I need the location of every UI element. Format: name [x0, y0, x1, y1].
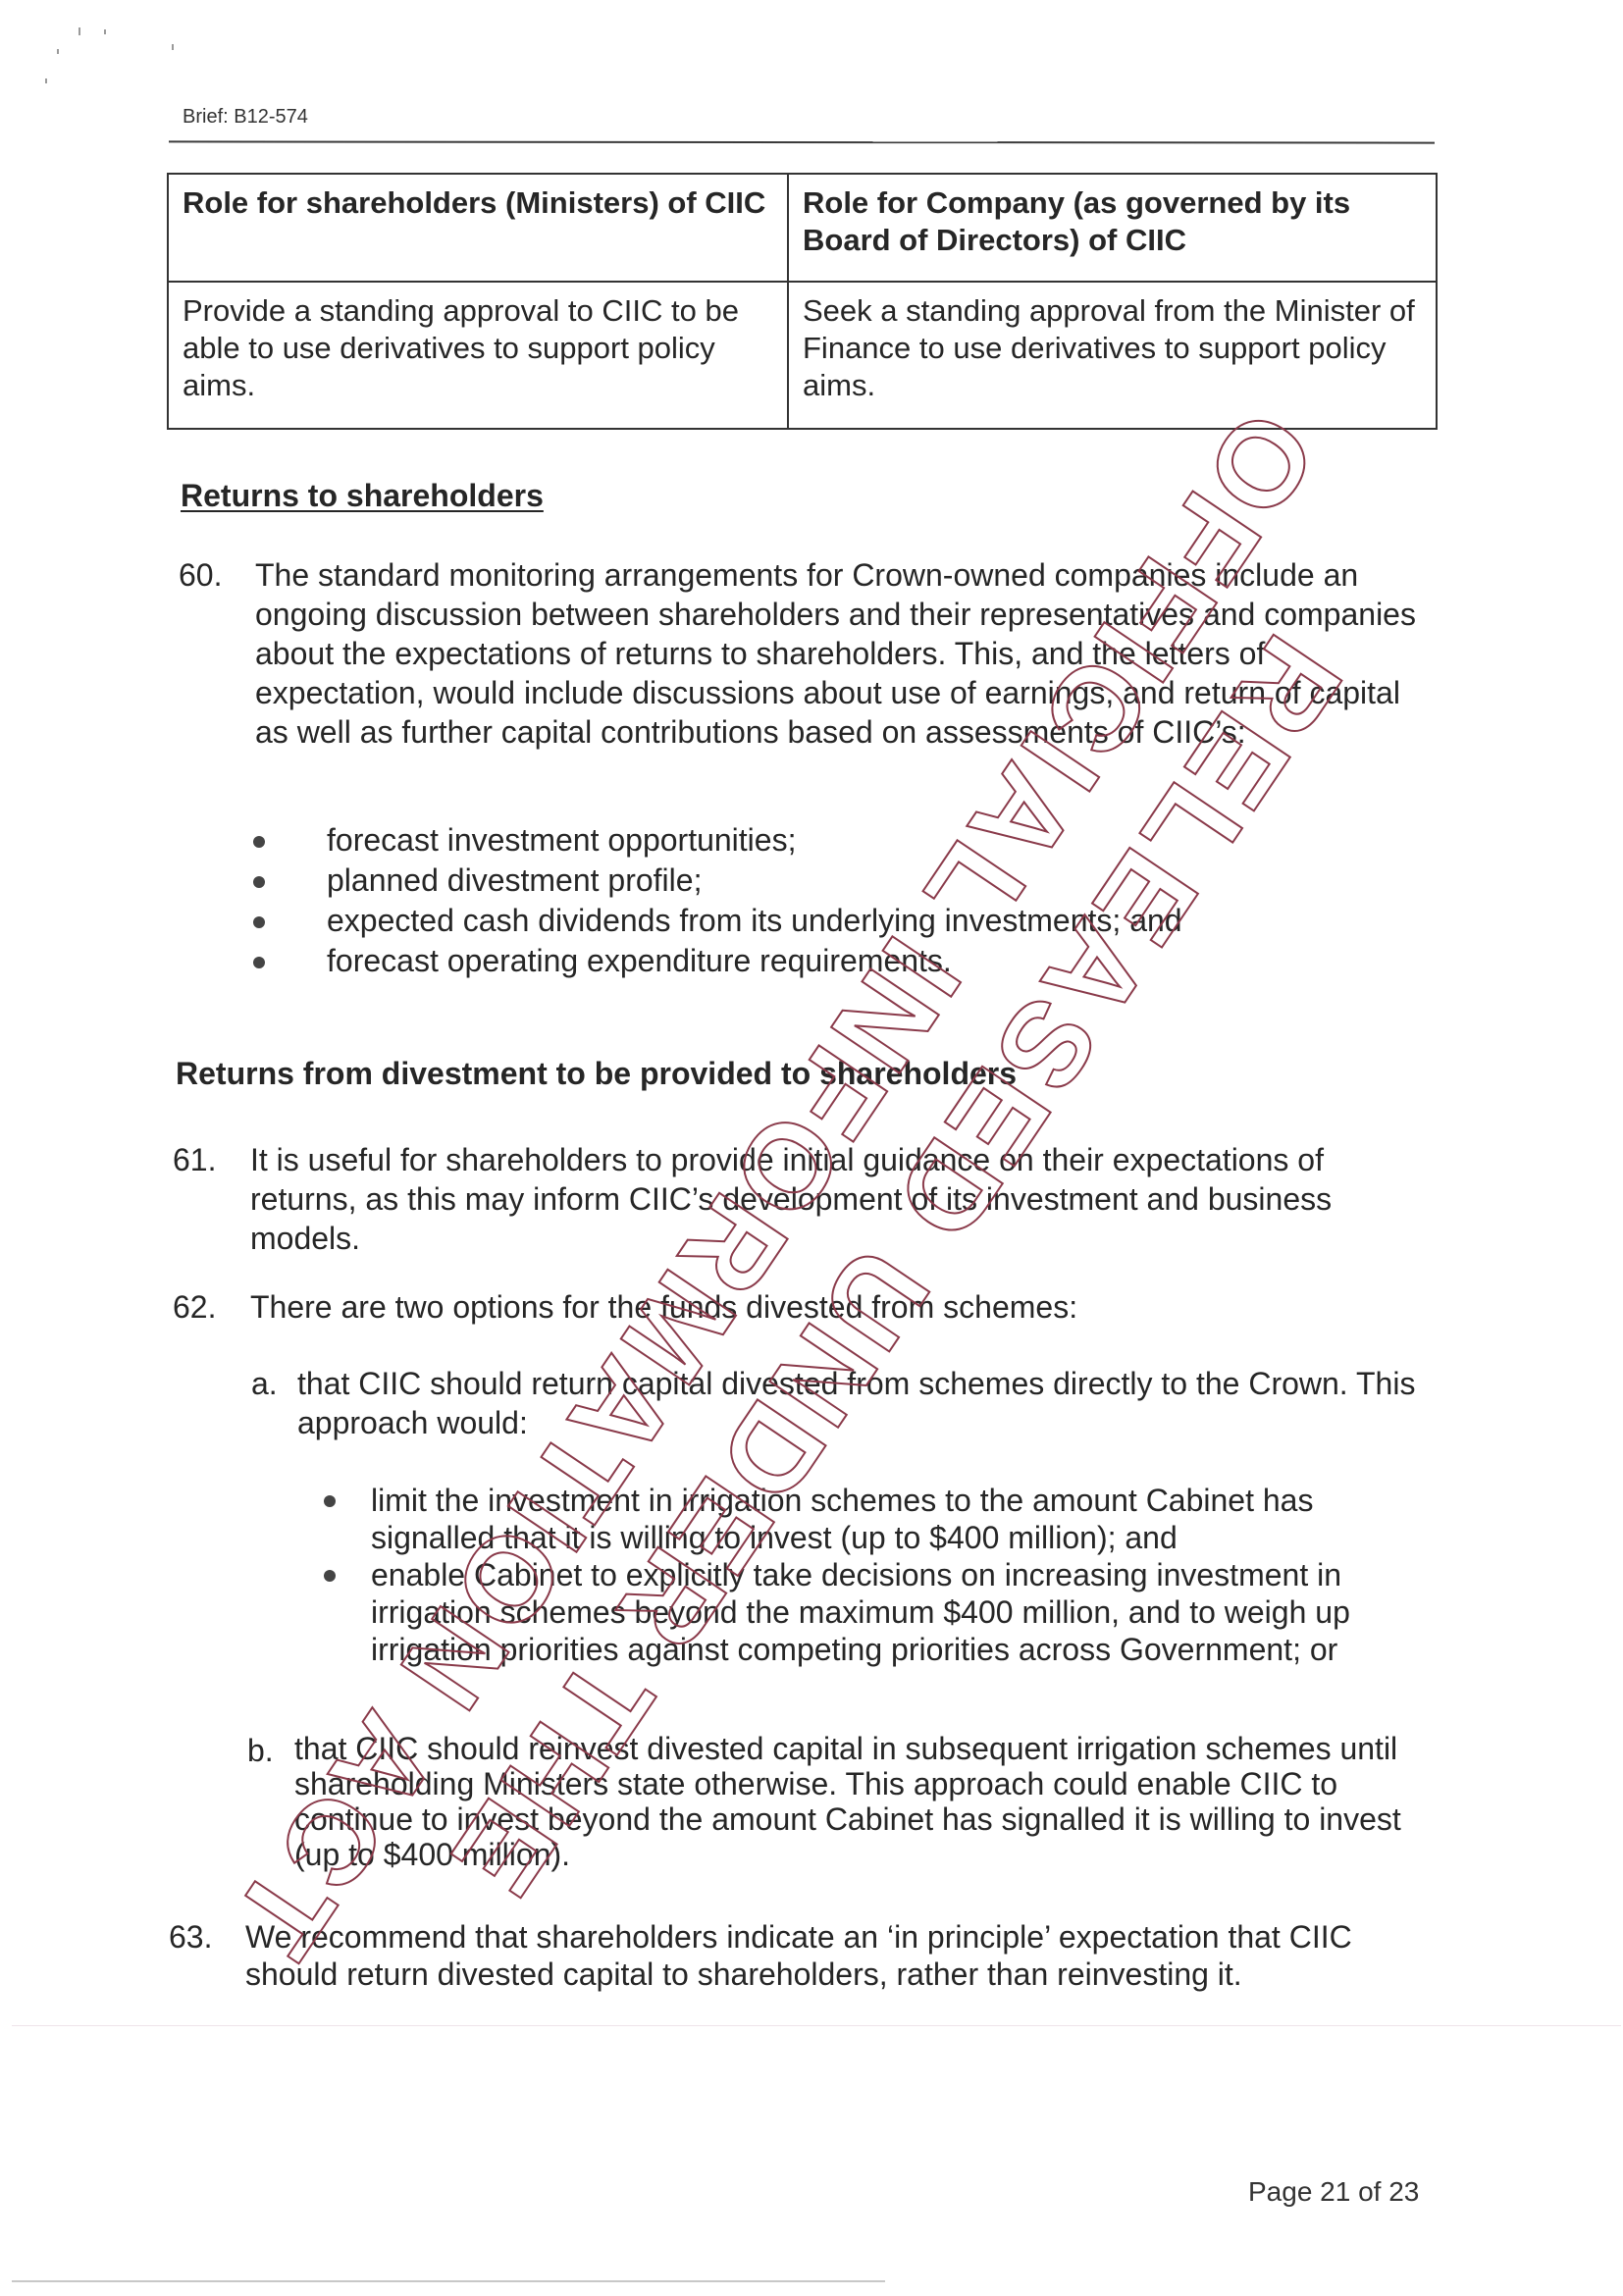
table-row: Provide a standing approval to CIIC to b… — [168, 282, 1437, 429]
list-item: enable Cabinet to explicitly take decisi… — [324, 1556, 1413, 1668]
para-number-60: 60. — [179, 555, 222, 595]
table-cell-shareholders: Provide a standing approval to CIIC to b… — [168, 282, 788, 429]
para-62-text: There are two options for the funds dive… — [250, 1287, 1398, 1327]
page-number: Page 21 of 23 — [1248, 2176, 1419, 2208]
table-cell-company: Seek a standing approval from the Minist… — [788, 282, 1437, 429]
watermark-line-1: RELEASED UNDER THE — [424, 613, 1368, 1922]
scan-speck — [79, 27, 80, 35]
section-heading-returns: Returns to shareholders — [181, 478, 544, 514]
table-header-company: Role for Company (as governed by its Boa… — [788, 174, 1437, 282]
footer-divider — [12, 2025, 1621, 2026]
scan-speck — [57, 49, 59, 54]
roles-table: Role for shareholders (Ministers) of CII… — [167, 173, 1438, 430]
para-61-text: It is useful for shareholders to provide… — [250, 1140, 1398, 1258]
table-header-row: Role for shareholders (Ministers) of CII… — [168, 174, 1437, 282]
scan-speck — [172, 44, 174, 50]
para-60-text: The standard monitoring arrangements for… — [255, 555, 1433, 752]
para-number-62: 62. — [173, 1287, 216, 1327]
bullet-icon — [253, 957, 265, 968]
table-header-shareholders: Role for shareholders (Ministers) of CII… — [168, 174, 788, 282]
list-item: limit the investment in irrigation schem… — [324, 1482, 1413, 1556]
para-63-text: We recommend that shareholders indicate … — [245, 1918, 1423, 1993]
para-number-63: 63. — [169, 1918, 212, 1956]
bullet-icon — [253, 876, 265, 888]
list-item: forecast investment opportunities; — [253, 820, 1333, 861]
scan-speck — [45, 78, 47, 83]
option-b-letter: b. — [247, 1731, 274, 1770]
option-a-bullet-list: limit the investment in irrigation schem… — [324, 1482, 1413, 1668]
list-item: forecast operating expenditure requireme… — [253, 941, 1333, 981]
scan-edge-line — [12, 2280, 885, 2282]
header-divider — [169, 140, 1435, 143]
list-item: planned divestment profile; — [253, 861, 1333, 901]
bullet-icon — [324, 1570, 336, 1582]
scan-speck — [104, 29, 106, 34]
list-item: expected cash dividends from its underly… — [253, 901, 1333, 941]
bullet-icon — [324, 1495, 336, 1507]
brief-reference: Brief: B12-574 — [183, 106, 308, 129]
bullet-icon — [253, 836, 265, 848]
para-60-bullet-list: forecast investment opportunities; plann… — [253, 820, 1333, 981]
option-a-text: that CIIC should return capital divested… — [297, 1364, 1426, 1442]
option-b-text: that CIIC should reinvest divested capit… — [294, 1731, 1403, 1872]
section-heading-divestment: Returns from divestment to be provided t… — [176, 1056, 1017, 1092]
para-number-61: 61. — [173, 1140, 216, 1179]
bullet-icon — [253, 916, 265, 928]
option-a-letter: a. — [251, 1364, 278, 1403]
